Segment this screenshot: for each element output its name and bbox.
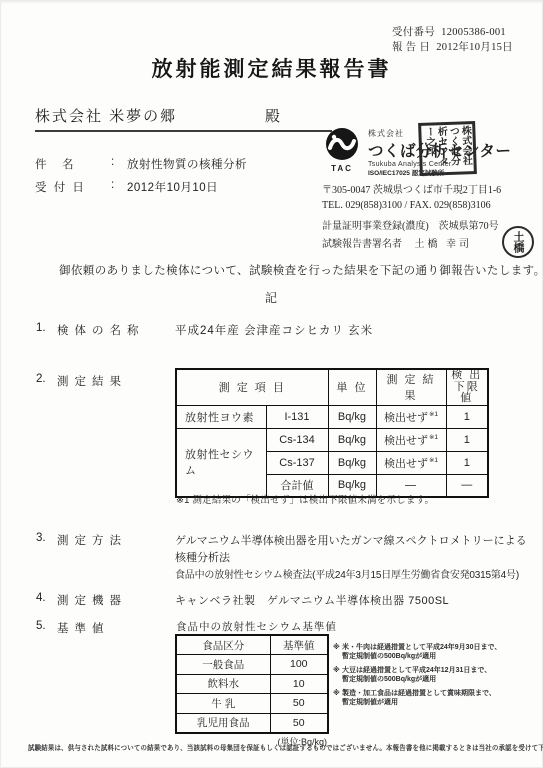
device-value: キャンベラ社製 ゲルマニウム半導体検出器 7500SL (175, 592, 449, 608)
addressee-honorific: 殿 (265, 105, 280, 126)
section3-number: 3. (36, 532, 46, 544)
subject-value: 放射性物質の核種分析 (127, 156, 247, 172)
standards-row-infant: 乳児用食品 50 (176, 713, 328, 733)
standards-table-title: 食品中の放射性セシウム基準値 (176, 619, 337, 634)
report-date-value: 2012年10月15日 (436, 42, 513, 53)
value-cell: 100 (270, 655, 328, 675)
nuclide-cell: I-131 (266, 405, 328, 428)
standards-note-rice-beef: ※ 米・牛肉は経過措置として平成24年9月30日まで、 暫定規制値の500Bq/… (333, 644, 538, 661)
limit-cell: 1 (446, 451, 488, 474)
standards-header-value: 基準値 (270, 635, 328, 655)
section2-label: 測定結果 (57, 373, 127, 389)
received-date-label: 受 付 日 (35, 179, 111, 195)
section1-label: 検体の名称 (57, 322, 145, 338)
note-line2: 暫定規制値が適用 (342, 699, 398, 706)
results-row-iodine: 放射性ヨウ素 I-131 Bq/kg 検出せず※1 1 (176, 405, 488, 428)
signer-name: 土橋 幸司 (415, 239, 473, 250)
standards-row-general: 一般食品 100 (176, 655, 328, 675)
results-header-limit: 検 出 下限値 (446, 369, 488, 405)
laboratory-tel-fax: TEL. 029(858)3100 / FAX. 029(858)3106 (322, 199, 542, 214)
received-date-colon: : (111, 179, 127, 195)
received-date-value: 2012年10月10日 (127, 179, 218, 195)
section5-label: 基準値 (57, 620, 110, 636)
note-line2: 暫定規制値の500Bq/kgが適用 (342, 653, 436, 660)
result-ref: ※1 (429, 411, 438, 418)
result-text: 検出せず (384, 435, 428, 447)
result-text: 検出せず (384, 458, 428, 470)
nuclide-cell: Cs-134 (266, 428, 328, 451)
signer-label: 試験報告書署名者 (322, 239, 402, 250)
unit-cell: Bq/kg (328, 405, 376, 428)
results-header-limit-line2: 下限値 (449, 382, 486, 405)
results-header-unit: 単 位 (328, 369, 376, 405)
standards-note-soybean: ※ 大豆は経過措置として平成24年12月31日まで、 暫定規制値の500Bq/k… (333, 667, 538, 684)
nuclide-cell: Cs-137 (266, 451, 328, 474)
results-header-row: 測 定 項 目 単 位 測 定 結 果 検 出 下限値 (176, 369, 488, 405)
subject-colon: : (111, 156, 127, 172)
laboratory-address-block: 〒305-0047 茨城県つくば市千現2丁目1-6 TEL. 029(858)3… (322, 184, 542, 213)
receipt-number-value: 12005386-001 (441, 27, 506, 38)
category-cell: 飲料水 (176, 674, 270, 694)
note-mark: ※ (333, 644, 342, 661)
standards-row-milk: 牛 乳 50 (176, 694, 328, 714)
method-line2: 核種分析法 (175, 549, 230, 565)
sample-name-value: 平成24年産 会津産コシヒカリ 玄米 (175, 322, 373, 338)
result-cell: 検出せず※1 (376, 405, 446, 428)
addressee-line: 株式会社 米夢の郷 殿 (35, 105, 332, 132)
results-table: 測 定 項 目 単 位 測 定 結 果 検 出 下限値 放射性ヨウ素 I-131… (175, 368, 489, 498)
note-mark: ※ (333, 667, 342, 684)
disclaimer-footer: 試験結果は、供与された試料についての結果であり、当該試料の母集団を保証もしくは認… (28, 743, 543, 753)
note-line1: 製造・加工食品は経過措置として賞味期限まで、 (342, 690, 496, 697)
company-square-seal: 株式会社つくば分析センター之印 (418, 121, 477, 176)
note-text: 製造・加工食品は経過措置として賞味期限まで、 暫定規制値が適用 (342, 690, 496, 707)
limit-cell: 1 (446, 428, 488, 451)
results-header-limit-line1: 検 出 (449, 370, 486, 382)
signer-line: 試験報告書署名者 土橋 幸司 土橋 (322, 235, 542, 250)
note-text: 大豆は経過措置として平成24年12月31日まで、 暫定規制値の500Bq/kgが… (342, 667, 491, 684)
results-footnote: ※1 測定結果の「検出せず」は検出下限値未満を示します。 (176, 492, 434, 506)
section3-label: 測定方法 (57, 532, 127, 548)
intro-sentence: 御依頼のありました検体について、試験検査を行った結果を下記の通り御報告いたします… (59, 262, 543, 278)
standards-header-category: 食品区分 (176, 635, 270, 655)
result-ref: ※1 (429, 434, 438, 441)
receipt-number-label: 受付番号 (392, 27, 435, 38)
section2-number: 2. (36, 373, 46, 385)
report-page: 受付番号12005386-001 報 告 日2012年10月15日 放射能測定結… (0, 0, 543, 768)
method-line1: ゲルマニウム半導体検出器を用いたガンマ線スペクトロメトリーによる (175, 532, 527, 548)
note-text: 米・牛肉は経過措置として平成24年9月30日まで、 暫定規制値の500Bq/kg… (342, 644, 501, 661)
value-cell: 50 (270, 713, 328, 733)
receipt-block: 受付番号12005386-001 報 告 日2012年10月15日 (392, 25, 519, 55)
method-line3: 食品中の放射性セシウム検査法(平成24年3月15日厚生労働省食安発0315第4号… (175, 566, 519, 581)
note-line2: 暫定規制値の500Bq/kgが適用 (342, 676, 436, 683)
result-text: ― (405, 480, 416, 492)
results-row-cs134: 放射性セシウム Cs-134 Bq/kg 検出せず※1 1 (176, 428, 488, 451)
case-meta-block: 件 名 : 放射性物質の核種分析 受 付 日 : 2012年10月10日 (35, 156, 247, 202)
note-line1: 米・牛肉は経過措置として平成24年9月30日まで、 (342, 644, 501, 651)
ki-mark: 記 (0, 289, 543, 306)
signer-round-seal: 土橋 (502, 226, 534, 258)
subject-row: 件 名 : 放射性物質の核種分析 (35, 156, 247, 172)
results-header-result: 測 定 結 果 (376, 369, 446, 405)
standards-table: 食品区分 基準値 一般食品 100 飲料水 10 牛 乳 50 乳児用食品 50 (175, 634, 329, 734)
result-ref: ※1 (429, 457, 438, 464)
category-cell: 乳児用食品 (176, 713, 270, 733)
result-cell: 検出せず※1 (376, 451, 446, 474)
results-header-item: 測 定 項 目 (176, 369, 328, 405)
laboratory-logo: TAC (322, 127, 362, 177)
standards-header-row: 食品区分 基準値 (176, 635, 328, 655)
laboratory-postal-address: 〒305-0047 茨城県つくば市千現2丁目1-6 (322, 184, 542, 199)
swirl-logo-icon (324, 127, 360, 161)
laboratory-header: TAC 株式会社 つくば分析センター Tsukuba Analysis Cent… (322, 127, 542, 177)
value-cell: 50 (270, 694, 328, 714)
section4-label: 測定機器 (57, 592, 127, 608)
limit-cell: 1 (446, 405, 488, 428)
addressee-name: 株式会社 米夢の郷 (35, 105, 177, 126)
subject-label: 件 名 (35, 156, 111, 172)
laboratory-block: TAC 株式会社 つくば分析センター Tsukuba Analysis Cent… (322, 127, 542, 250)
section5-number: 5. (36, 620, 46, 632)
result-text: 検出せず (384, 412, 428, 424)
laboratory-acronym: TAC (322, 164, 362, 173)
standards-notes: ※ 米・牛肉は経過措置として平成24年9月30日まで、 暫定規制値の500Bq/… (333, 644, 538, 713)
section1-number: 1. (36, 322, 46, 334)
page-title: 放射能測定結果報告書 (0, 53, 543, 83)
limit-cell: ― (446, 474, 488, 497)
category-cell: 牛 乳 (176, 694, 270, 714)
group-cell: 放射性セシウム (176, 428, 266, 497)
note-mark: ※ (333, 690, 342, 707)
standards-row-water: 飲料水 10 (176, 674, 328, 694)
value-cell: 10 (270, 674, 328, 694)
unit-cell: Bq/kg (328, 451, 376, 474)
result-cell: 検出せず※1 (376, 428, 446, 451)
unit-cell: Bq/kg (328, 428, 376, 451)
section4-number: 4. (36, 592, 46, 604)
receipt-number-row: 受付番号12005386-001 (392, 25, 519, 40)
standards-note-processed: ※ 製造・加工食品は経過措置として賞味期限まで、 暫定規制値が適用 (333, 690, 538, 707)
report-date-label: 報 告 日 (392, 42, 430, 53)
category-cell: 一般食品 (176, 655, 270, 675)
note-line1: 大豆は経過措置として平成24年12月31日まで、 (342, 667, 491, 674)
group-cell: 放射性ヨウ素 (176, 405, 266, 428)
received-date-row: 受 付 日 : 2012年10月10日 (35, 179, 247, 195)
